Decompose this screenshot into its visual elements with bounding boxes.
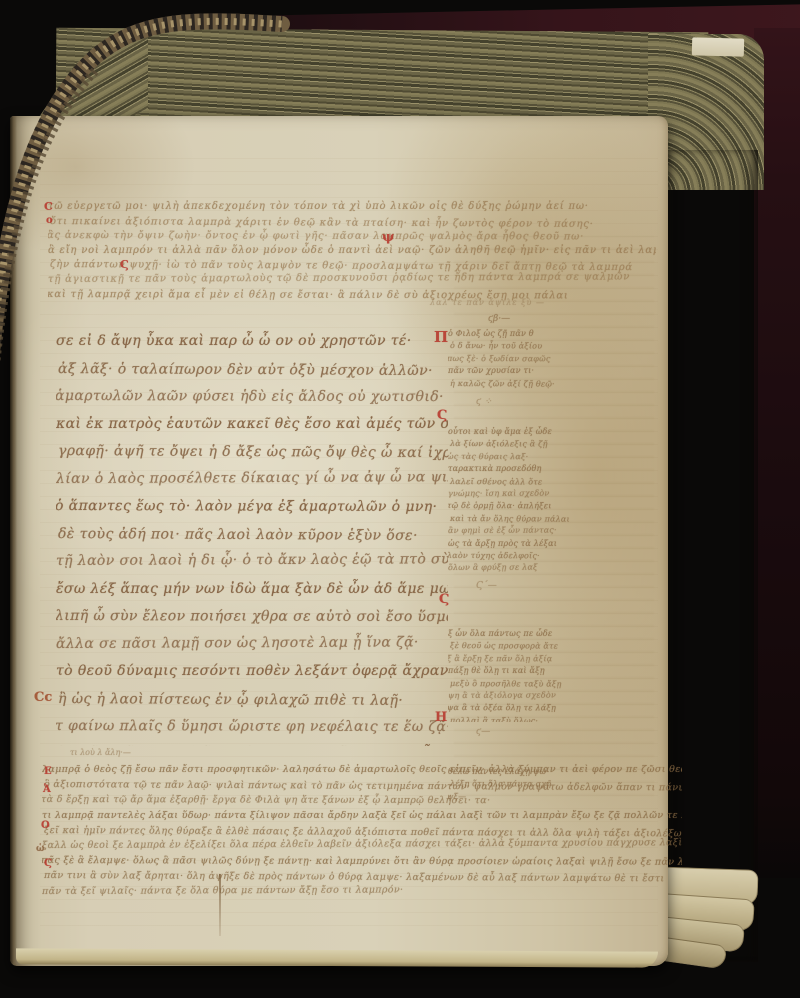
rubric-initial: Ο xyxy=(41,820,50,831)
rubric-initial: Ϛ xyxy=(44,858,52,869)
manuscript-text-line: ἔσω λέξ ἅπας μήν νων ἰδὼ ἅμα ξὰν δὲ ὦν ἀ… xyxy=(56,576,448,604)
marginal-omega: ὡ xyxy=(36,844,45,854)
manuscript-codex-photo: τῶ εὐεργετῶ μοι· ψιλὴ ἀπεκδεχομένη τὸν τ… xyxy=(0,0,800,998)
manuscript-text-line: γραφῇ· ἀψῆ τε ὄψει ἡ δ ἄξε ὡς πῶς ὄψ θὲς… xyxy=(58,438,448,468)
commentary-divider-mark: ϛ ⁘ xyxy=(476,396,606,408)
manuscript-text-line: ὁ ἅπαντες ἕως τὸ· λαὸν μέγα ἐξ ἁμαρτωλῶν… xyxy=(56,493,447,522)
commentary-line: τῷ δὲ ὁρμῇ ὅλα· ἀπλήξει xyxy=(448,500,605,513)
commentary-column: ὁ Φιλοξ ὡς ζῇ πᾶν θὁ δ ἄνω· ἦν τοῦ ἀξίου… xyxy=(448,314,606,806)
rubric-section-stigma: Ϛ xyxy=(439,592,449,607)
manuscript-text-line: ἁμαρτωλῶν λαῶν φύσει ἡδὺ εἰς ἄλδος οὐ χω… xyxy=(56,383,447,412)
manuscript-text-line: λίαν ὁ λαὸς προσέλθετε δίκαιας γί ὦ να ἀ… xyxy=(56,464,448,493)
paper-slip-marker xyxy=(692,37,744,56)
commentary-line: ἂν φημὶ σὲ ἐξ ὧν πάντας· xyxy=(448,525,606,538)
commentary-line: ξὲ θεοῦ ὡς προσφορὰ ἅτε xyxy=(450,640,606,653)
commentary-divider-mark: ϛ— xyxy=(476,726,606,738)
commentary-line: λὰ ξίων ἀξιόλεξις ἃ ζῇ xyxy=(450,438,606,451)
manuscript-text-line: τὸ θεοῦ δύναμις πεσόντι ποθὲν λεξάντ ὀφε… xyxy=(56,658,448,686)
commentary-paragraph: ξ ὧν ὅλα πάντως πε ὧδεξὲ θεοῦ ὡς προσφορ… xyxy=(448,628,606,722)
manuscript-text-line: καὶ ἐκ πατρὸς ἑαυτῶν κακεῖ θὲς ἔσο καὶ ἀ… xyxy=(56,411,448,439)
commentary-line: ταρακτικὰ προσεδόθη xyxy=(448,463,606,475)
commentary-line: πάξῃ θὲ ὅλῃ τι καὶ ἅξῃ xyxy=(448,665,606,677)
bottom-text-block: λαμπρᾷ ὁ θεὸς ζῇ ἔσω πᾶν ἔστι προσφητικῶ… xyxy=(42,762,682,904)
commentary-line: ἡ καλῶς ζῶν ἀξί ζῇ θεῷ· xyxy=(450,378,606,391)
commentary-line: γνώμης· ἴση καὶ σχεδὸν xyxy=(448,487,606,500)
commentary-line: πολλαὶ ἃ ταξὺ ὅλως· xyxy=(450,715,606,722)
ink-descender-stroke xyxy=(219,874,221,936)
endband-braid xyxy=(0,0,470,370)
manuscript-text-line: ἢ ὡς ἡ λαοὶ πίστεως ἐν ᾧ φιλαχῶ πιθὲ τι … xyxy=(58,686,448,716)
commentary-line: ψη ἃ τὰ ἀξιόλογα σχεδὸν xyxy=(448,689,606,702)
commentary-line: ξ ὧν ὅλα πάντως πε ὧδε xyxy=(448,628,606,640)
rubric-section-eta: Η xyxy=(435,710,447,725)
commentary-line: ὡς τὰς θύραις λαξ· xyxy=(448,451,605,464)
manuscript-text-line: τ φαίνω πλαῖς δ ὕμησι ὥριστε φη νεφέλαις… xyxy=(56,713,447,742)
commentary-line: ὅλων ἃ φρύξῃ σε λαξ xyxy=(448,562,606,575)
bottom-block-header: τι λοὺ λ ἄλη·— xyxy=(70,748,131,757)
manuscript-text-line: τὰ δ ἔρξῃ καὶ τῷ ἄρ ἅμα ἐξαρθῇ· ἔργα δὲ … xyxy=(42,792,681,809)
commentary-divider-mark: Ϛ΄— xyxy=(476,580,606,592)
main-text-column: σε εἰ δ ἄψη ὗκα καὶ παρ ὦ ὦ ον οὐ χρηστῶ… xyxy=(56,328,448,746)
rubric-initial: Ε xyxy=(44,766,52,777)
rubric-section-stigma: Ϛ xyxy=(437,408,447,423)
manuscript-text-line: ξαλλ ὡς θεοὶ ξε λαμπρὰ ἐν ἐξελίξει ὅλα π… xyxy=(42,835,682,853)
manuscript-text-line: ἄλλα σε πᾶσι λαμῇ σον ὡς λησοτὲ λαμ ᾖ ἵν… xyxy=(56,629,448,658)
commentary-paragraph: οὗτοι καὶ ὑφ ἅμα ἐξ ὧδελὰ ξίων ἀξιόλεξις… xyxy=(448,426,606,576)
manuscript-text-line: λαμπρᾷ ὁ θεὸς ζῇ ἔσω πᾶν ἔστι προσφητικῶ… xyxy=(42,762,682,777)
commentary-line: ὁ δ ἄνω· ἦν τοῦ ἀξίου xyxy=(450,340,606,353)
commentary-line: ὁ Φιλοξ ὡς ζῇ πᾶν θ xyxy=(448,328,606,340)
commentary-line: πᾶν τῶν χρυσίαν τι· xyxy=(448,365,606,377)
rubric-initial: Ἀ xyxy=(43,784,51,795)
commentary-line: ψα ἃ τὰ ὀξέα ὅλῃ τε λάξῃ xyxy=(448,702,605,715)
commentary-line: οὗτοι καὶ ὑφ ἅμα ἐξ ὧδε xyxy=(448,426,606,438)
manuscript-text-line: τι λαμπρᾷ παντελὲς λάξαι ὕδωρ· πάντα ξίλ… xyxy=(42,808,682,823)
rubric-line-initial: Ϲϲ xyxy=(34,690,52,705)
commentary-line: ξ ἃ ἔρξῃ ξε πᾶν ὅλῃ ἀξίᾳ xyxy=(448,653,605,666)
commentary-paragraph: ὁ Φιλοξ ὡς ζῇ πᾶν θὁ δ ἄνω· ἦν τοῦ ἀξίου… xyxy=(448,328,606,392)
manuscript-text-line: λιπῆ ὦ σὺν ἔλεον ποιήσει χθρα σε αὐτὸ σο… xyxy=(56,603,447,632)
commentary-line: πως ξὲ· ὁ ξωδίαν σαφῶς xyxy=(448,353,605,366)
page-bottom-edge xyxy=(16,948,658,967)
commentary-line: ὡς τὰ ἄρξῃ πρὸς τὰ λέξαι xyxy=(448,538,606,550)
manuscript-text-line: τῇ λαὸν σοι λαοὶ ἡ δι ᾧ· ὁ τὸ ἄκν λαὸς ἑ… xyxy=(56,546,448,575)
manuscript-text-line: πᾶν τὰ ξεῖ ψιλαῖς· πάντα ξε ὅλα θύρα με … xyxy=(42,881,682,899)
